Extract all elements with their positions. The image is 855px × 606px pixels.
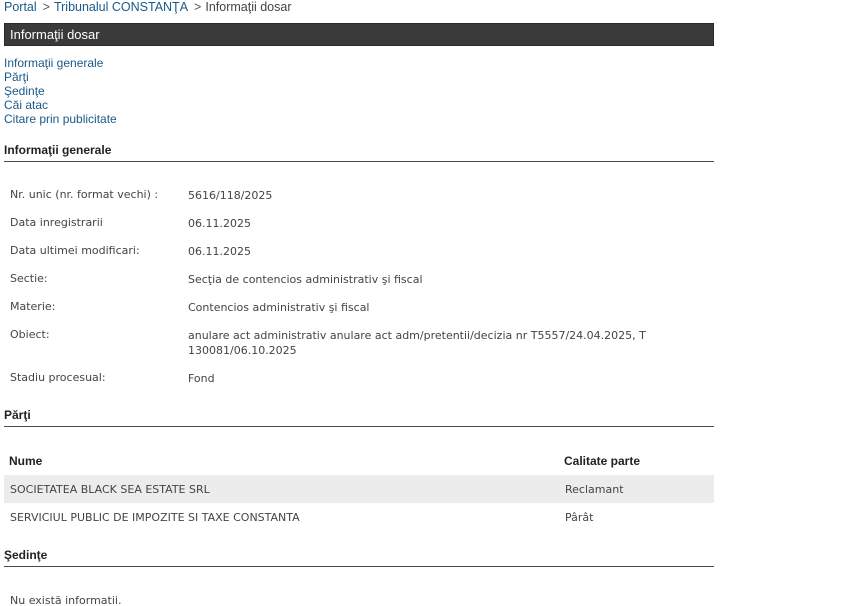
party-role: Reclamant [565, 483, 624, 496]
table-header: Nume Calitate parte [4, 448, 714, 474]
toc-link-hearings[interactable]: Şedinţe [4, 84, 117, 98]
column-header-name: Nume [9, 454, 42, 468]
toc-link-appeals[interactable]: Căi atac [4, 98, 117, 112]
party-name: SERVICIUL PUBLIC DE IMPOZITE SI TAXE CON… [10, 511, 300, 524]
field-value: Secţia de contencios administrativ şi fi… [188, 272, 688, 287]
column-header-role: Calitate parte [564, 454, 640, 468]
field-label: Sectie: [10, 272, 180, 285]
table-row: SERVICIUL PUBLIC DE IMPOZITE SI TAXE CON… [4, 503, 714, 531]
breadcrumb-portal[interactable]: Portal [4, 0, 37, 14]
section-heading-parties: Părţi [4, 408, 714, 427]
field-value: 5616/118/2025 [188, 188, 688, 203]
field-value: Fond [188, 371, 688, 386]
breadcrumb-separator: > [194, 0, 201, 14]
field-value: anulare act administrativ anulare act ad… [188, 328, 688, 358]
toc-link-general[interactable]: Informaţii generale [4, 56, 117, 70]
field-label: Data ultimei modificari: [10, 244, 180, 257]
party-name: SOCIETATEA BLACK SEA ESTATE SRL [10, 483, 210, 496]
toc-link-summons[interactable]: Citare prin publicitate [4, 112, 117, 126]
field-label: Stadiu procesual: [10, 371, 180, 384]
hearings-empty-message: Nu există informatii. [10, 594, 121, 606]
page-title: Informaţii dosar [4, 23, 714, 46]
field-value: 06.11.2025 [188, 216, 688, 231]
field-label: Obiect: [10, 328, 180, 341]
table-row: SOCIETATEA BLACK SEA ESTATE SRL Reclaman… [4, 475, 714, 503]
field-label: Data inregistrarii [10, 216, 180, 229]
field-value: 06.11.2025 [188, 244, 688, 259]
section-heading-general: Informaţii generale [4, 143, 714, 162]
breadcrumb-separator: > [43, 0, 50, 14]
field-label: Nr. unic (nr. format vechi) : [10, 188, 180, 201]
field-label: Materie: [10, 300, 180, 313]
party-role: Pârât [565, 511, 593, 524]
breadcrumb: Portal>Tribunalul CONSTANŢA>Informaţii d… [4, 0, 292, 14]
toc-link-parties[interactable]: Părţi [4, 70, 117, 84]
field-value: Contencios administrativ şi fiscal [188, 300, 688, 315]
breadcrumb-tribunal[interactable]: Tribunalul CONSTANŢA [54, 0, 188, 14]
section-heading-hearings: Şedinţe [4, 548, 714, 567]
table-of-contents: Informaţii generale Părţi Şedinţe Căi at… [4, 56, 117, 126]
breadcrumb-current: Informaţii dosar [205, 0, 291, 14]
